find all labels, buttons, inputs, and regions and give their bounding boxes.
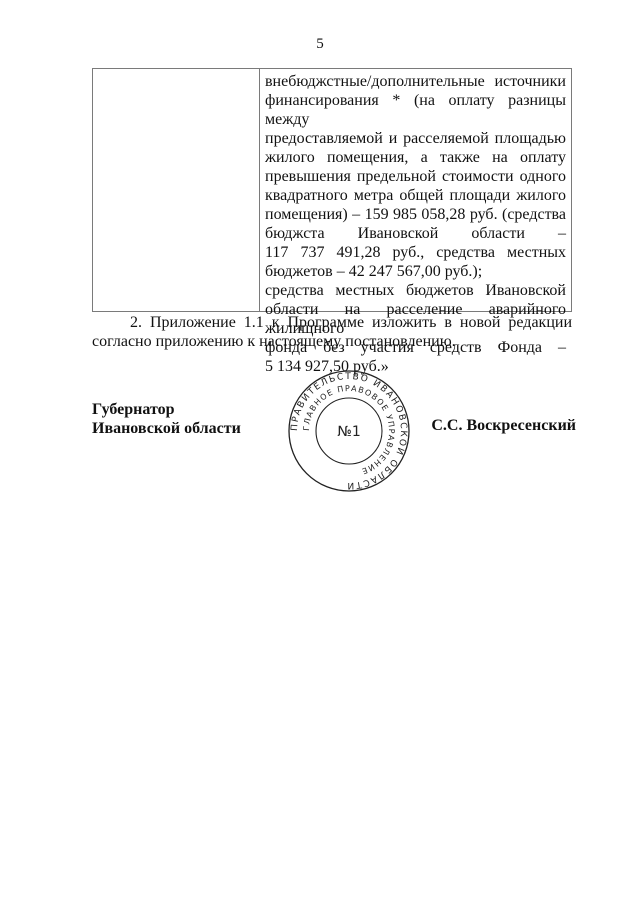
signatory-name: С.С. Воскресенский [431, 416, 576, 435]
table-line: 117 737 491,28 руб., средства местных [265, 243, 566, 262]
paragraph-line-2: согласно приложению к настоящему постано… [92, 332, 572, 351]
table-line: бюджста Ивановской области – [265, 224, 566, 243]
table-line: внебюджстные/дополнительные источники [265, 72, 566, 91]
table-line: помещения) – 159 985 058,28 руб. (средст… [265, 205, 566, 224]
seal-center-text: №1 [337, 424, 360, 440]
page-number: 5 [0, 36, 640, 53]
funding-table: внебюджстные/дополнительные источники фи… [92, 68, 572, 312]
table-line: жилого помещения, а также на оплату [265, 148, 566, 167]
signatory-title: Губернатор Ивановской области [92, 400, 241, 438]
table-line: бюджетов – 42 247 567,00 руб.); [265, 262, 566, 281]
table-line: финансирования * (на оплату разницы межд… [265, 91, 566, 129]
paragraph-line-1: 2. Приложение 1.1 к Программе изложить в… [92, 313, 572, 332]
table-left-cell [93, 69, 260, 311]
amendment-paragraph: 2. Приложение 1.1 к Программе изложить в… [92, 313, 572, 351]
table-line: предоставляемой и расселяемой площадью [265, 129, 566, 148]
official-seal-icon: ПРАВИТЕЛЬСТВО ИВАНОВСКОЙ ОБЛАСТИ ГЛАВНОЕ… [286, 368, 412, 494]
signatory-title-line-1: Губернатор [92, 400, 241, 419]
signatory-title-line-2: Ивановской области [92, 419, 241, 438]
table-line: квадратного метра общей площади жилого [265, 186, 566, 205]
table-line: превышения предельной стоимости одного [265, 167, 566, 186]
table-line: средства местных бюджетов Ивановской [265, 281, 566, 300]
